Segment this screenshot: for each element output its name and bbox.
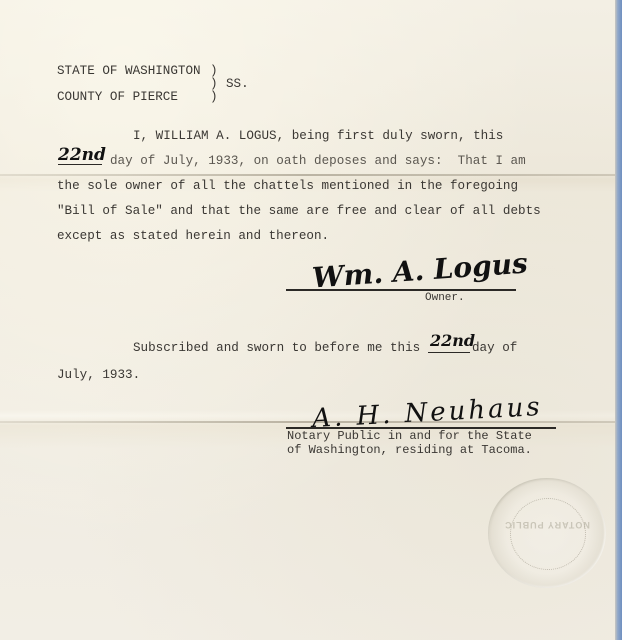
fold-crease [0,174,615,176]
venue-ss: SS. [226,77,249,91]
handwritten-day: 22nd [58,145,106,165]
scan-edge [615,0,622,640]
venue-bracket: ) [210,90,218,104]
jurat-day-underline [428,352,470,353]
notary-seal-emboss: NOTARY PUBLIC [488,478,606,588]
owner-signature-line [286,289,516,291]
owner-caption: Owner. [425,291,465,305]
document-page: STATE OF WASHINGTON ) ) SS. COUNTY OF PI… [0,0,615,640]
notary-caption-line-2: of Washington, residing at Tacoma. [287,443,532,457]
affidavit-line-1: I, WILLIAM A. LOGUS, being first duly sw… [133,129,503,143]
owner-signature: Wm. A. Logus [311,247,529,295]
jurat-line-2: July, 1933. [57,368,140,382]
venue-bracket: ) [210,64,218,78]
affidavit-line-4: "Bill of Sale" and that the same are fre… [57,204,541,218]
jurat-handwritten-day: 22nd [430,331,475,350]
jurat-line-1-after: day of [472,341,517,355]
venue-county: COUNTY OF PIERCE [57,90,178,104]
seal-inner-ring [510,498,586,570]
affidavit-line-2: day of July, 1933, on oath deposes and s… [110,154,526,168]
venue-state: STATE OF WASHINGTON [57,64,201,78]
notary-caption-line-1: Notary Public in and for the State [287,429,532,443]
day-underline [58,164,102,165]
venue-bracket: ) [210,77,218,91]
seal-text: NOTARY PUBLIC [488,520,606,530]
affidavit-line-3: the sole owner of all the chattels menti… [57,179,518,193]
affidavit-line-5: except as stated herein and thereon. [57,229,329,243]
jurat-line-1-before: Subscribed and sworn to before me this [133,341,420,355]
